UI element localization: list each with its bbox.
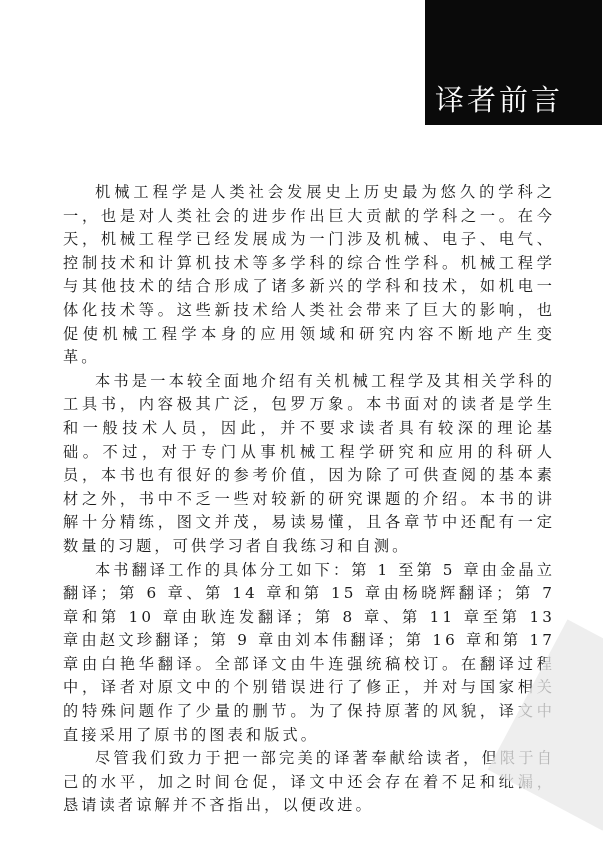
chapter-title: 译者前言 [435,78,563,119]
paragraph: 本书是一本较全面地介绍有关机械工程学及其相关学科的工具书，内容极其广泛，包罗万象… [63,370,555,559]
paragraph: 本书翻译工作的具体分工如下：第 1 至第 5 章由金晶立翻译；第 6 章、第 1… [63,559,555,748]
paragraph: 尽管我们致力于把一部完美的译著奉献给读者，但限于自己的水平，加之时间仓促，译文中… [63,747,555,818]
paragraph: 机械工程学是人类社会发展史上历史最为悠久的学科之一，也是对人类社会的进步作出巨大… [63,181,555,370]
chapter-header-block: 译者前言 [425,0,602,125]
preface-body: 机械工程学是人类社会发展史上历史最为悠久的学科之一，也是对人类社会的进步作出巨大… [63,181,555,818]
